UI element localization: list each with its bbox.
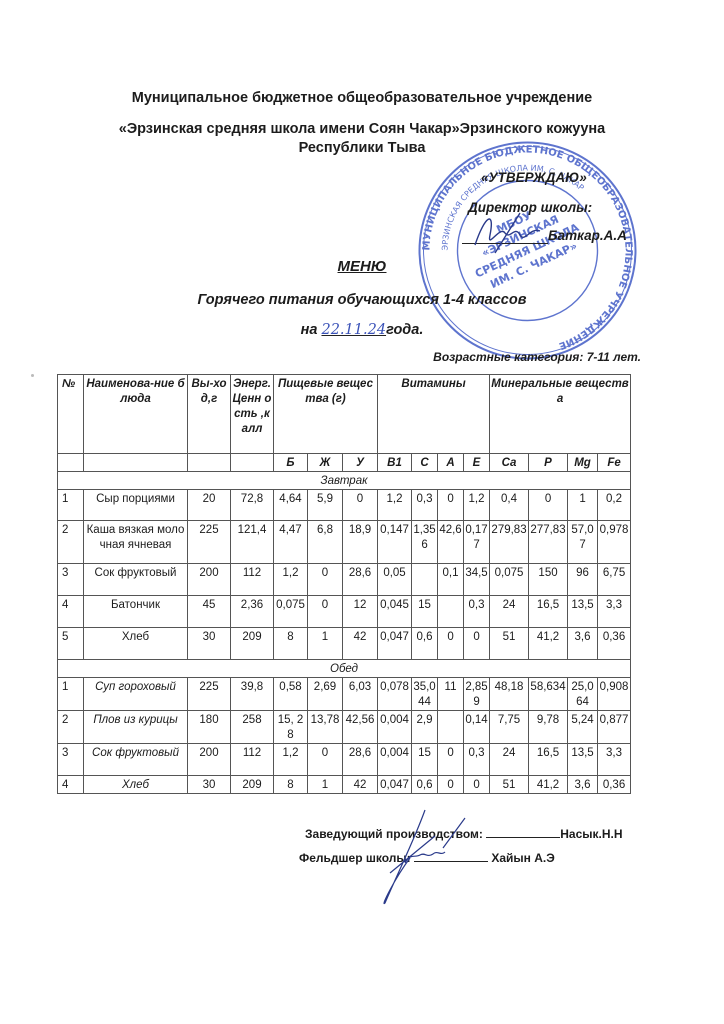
table-row: 5Хлеб3020981420,0470,6005141,23,60,36 [58,628,631,660]
cell-c: 2,9 [412,711,438,744]
cell-yield: 20 [188,490,231,521]
cell-c: 15 [412,744,438,776]
sub-ca: Ca [490,454,529,472]
cell-u: 42 [343,776,378,794]
sub-mg: Mg [568,454,598,472]
col-energy: Энерг. Ценн ость ,калл [231,375,274,454]
table-header-row: № Наименова-ние блюда Вы-ход,г Энерг. Це… [58,375,631,454]
table-row: 2Каша вязкая молочная ячневая225121,44,4… [58,521,631,564]
table-row: 3Сок фруктовый2001121,2028,60,050,134,50… [58,564,631,596]
date-value: 22.11.24 [321,322,386,338]
cell-yield: 180 [188,711,231,744]
age-category: Возрастные категория: 7-11 лет. [433,350,641,364]
cell-a: 0 [438,628,464,660]
cell-c [412,564,438,596]
cell-ca: 51 [490,628,529,660]
medic-name: Хайын А.Э [491,851,554,865]
table-row: 4Хлеб3020981420,0470,6005141,23,60,36 [58,776,631,794]
cell-a: 11 [438,678,464,711]
cell-energy: 121,4 [231,521,274,564]
cell-b: 1,2 [274,564,308,596]
section-breakfast: Завтрак1Сыр порциями2072,84,645,901,20,3… [58,472,631,660]
col-nutrients: Пищевые вещества (г) [274,375,378,454]
cell-energy: 209 [231,776,274,794]
cell-b1: 0,004 [378,744,412,776]
cell-a: 0,1 [438,564,464,596]
cell-e: 1,2 [464,490,490,521]
cell-dish-name: Хлеб [84,628,188,660]
institution-line-2: «Эрзинская средняя школа имени Соян Чака… [0,121,724,137]
col-yield: Вы-ход,г [188,375,231,454]
col-name: Наименова-ние блюда [84,375,188,454]
table-row: 1Суп гороховый22539,80,582,696,030,07835… [58,678,631,711]
cell-fe: 0,978 [598,521,631,564]
menu-subtitle: Горячего питания обучающихся 1-4 классов [0,292,724,308]
cell-zh: 5,9 [308,490,343,521]
cell-yield: 200 [188,744,231,776]
cell-b1: 0,05 [378,564,412,596]
cell-energy: 39,8 [231,678,274,711]
cell-energy: 72,8 [231,490,274,521]
cell-b: 8 [274,628,308,660]
cell-ca: 7,75 [490,711,529,744]
sub-zh: Ж [308,454,343,472]
cell-zh: 6,8 [308,521,343,564]
cell-c: 0,6 [412,776,438,794]
cell-b1: 0,147 [378,521,412,564]
cell-u: 0 [343,490,378,521]
table-subheader-row: Б Ж У В1 С А Е Ca P Mg Fe [58,454,631,472]
cell-e: 34,5 [464,564,490,596]
sub-a: А [438,454,464,472]
approval-position: Директор школы: [468,200,592,215]
cell-p: 16,5 [529,596,568,628]
cell-zh: 2,69 [308,678,343,711]
sub-fe: Fe [598,454,631,472]
cell-dish-name: Сыр порциями [84,490,188,521]
date-prefix: на [301,322,322,338]
cell-mg: 57,07 [568,521,598,564]
cell-p: 150 [529,564,568,596]
cell-zh: 13,78 [308,711,343,744]
cell-e: 2,859 [464,678,490,711]
cell-p: 58,634 [529,678,568,711]
production-manager-line: Заведующий производством: Насык.Н.Н [305,826,623,841]
cell-e: 0,177 [464,521,490,564]
cell-u: 28,6 [343,564,378,596]
cell-energy: 258 [231,711,274,744]
cell-no: 5 [58,628,84,660]
cell-zh: 1 [308,776,343,794]
cell-p: 41,2 [529,628,568,660]
cell-fe: 3,3 [598,596,631,628]
cell-a: 0 [438,776,464,794]
cell-yield: 30 [188,776,231,794]
cell-fe: 0,2 [598,490,631,521]
cell-b1: 0,047 [378,776,412,794]
cell-e: 0,3 [464,744,490,776]
section-lunch: Обед1Суп гороховый22539,80,582,696,030,0… [58,660,631,794]
cell-zh: 0 [308,564,343,596]
scan-speck [31,374,34,377]
cell-p: 9,78 [529,711,568,744]
cell-b1: 0,078 [378,678,412,711]
cell-no: 2 [58,521,84,564]
cell-fe: 0,36 [598,628,631,660]
cell-dish-name: Суп гороховый [84,678,188,711]
institution-line-3: Республики Тыва [0,140,724,156]
cell-a: 42,6 [438,521,464,564]
sub-e: Е [464,454,490,472]
cell-mg: 5,24 [568,711,598,744]
cell-no: 4 [58,776,84,794]
cell-b1: 0,045 [378,596,412,628]
cell-a [438,711,464,744]
cell-p: 41,2 [529,776,568,794]
approval-label: «УТВЕРЖДАЮ» [481,170,587,185]
cell-no: 2 [58,711,84,744]
cell-e: 0,14 [464,711,490,744]
medic-signature-line [414,850,488,862]
director-signature-line [462,243,548,244]
menu-table: № Наименова-ние блюда Вы-ход,г Энерг. Це… [57,374,631,794]
medic-label: Фельдшер школы: [299,851,411,865]
cell-zh: 1 [308,628,343,660]
table-row: 4Батончик452,360,0750120,045150,32416,51… [58,596,631,628]
cell-dish-name: Каша вязкая молочная ячневая [84,521,188,564]
cell-b: 0,58 [274,678,308,711]
cell-mg: 3,6 [568,628,598,660]
cell-a: 0 [438,744,464,776]
cell-dish-name: Сок фруктовый [84,564,188,596]
cell-e: 0 [464,628,490,660]
menu-date-line: на 22.11.24года. [0,322,724,338]
institution-line-1: Муниципальное бюджетное общеобразователь… [0,90,724,106]
cell-dish-name: Батончик [84,596,188,628]
cell-dish-name: Сок фруктовый [84,744,188,776]
cell-ca: 0,075 [490,564,529,596]
menu-title: МЕНЮ [0,258,724,275]
table-row: 3Сок фруктовый2001121,2028,60,0041500,32… [58,744,631,776]
cell-mg: 13,5 [568,596,598,628]
cell-dish-name: Плов из курицы [84,711,188,744]
cell-no: 1 [58,678,84,711]
cell-yield: 200 [188,564,231,596]
cell-yield: 225 [188,521,231,564]
cell-energy: 209 [231,628,274,660]
cell-p: 0 [529,490,568,521]
section-title: Завтрак [58,472,631,490]
date-suffix: года. [386,322,423,338]
cell-ca: 48,18 [490,678,529,711]
sub-b1: В1 [378,454,412,472]
cell-ca: 51 [490,776,529,794]
cell-u: 42 [343,628,378,660]
cell-mg: 3,6 [568,776,598,794]
cell-ca: 279,83 [490,521,529,564]
cell-dish-name: Хлеб [84,776,188,794]
cell-yield: 225 [188,678,231,711]
col-minerals: Минеральные вещества [490,375,631,454]
col-vitamins: Витамины [378,375,490,454]
sub-u: У [343,454,378,472]
cell-u: 42,56 [343,711,378,744]
medic-line: Фельдшер школы: Хайын А.Э [299,850,555,865]
sub-c: С [412,454,438,472]
cell-energy: 112 [231,744,274,776]
section-header-row: Завтрак [58,472,631,490]
section-header-row: Обед [58,660,631,678]
cell-e: 0 [464,776,490,794]
cell-b: 0,075 [274,596,308,628]
cell-fe: 3,3 [598,744,631,776]
sub-b: Б [274,454,308,472]
cell-mg: 25,064 [568,678,598,711]
cell-no: 1 [58,490,84,521]
cell-a [438,596,464,628]
cell-b: 4,64 [274,490,308,521]
cell-no: 3 [58,564,84,596]
cell-energy: 112 [231,564,274,596]
cell-yield: 45 [188,596,231,628]
cell-b: 1,2 [274,744,308,776]
cell-zh: 0 [308,744,343,776]
cell-fe: 0,877 [598,711,631,744]
cell-p: 277,83 [529,521,568,564]
cell-b1: 1,2 [378,490,412,521]
cell-mg: 1 [568,490,598,521]
cell-c: 1,356 [412,521,438,564]
cell-a: 0 [438,490,464,521]
approval-name: Баткар.А.А [548,228,627,243]
cell-mg: 96 [568,564,598,596]
cell-e: 0,3 [464,596,490,628]
cell-ca: 0,4 [490,490,529,521]
cell-c: 0,6 [412,628,438,660]
cell-mg: 13,5 [568,744,598,776]
section-title: Обед [58,660,631,678]
cell-no: 4 [58,596,84,628]
cell-zh: 0 [308,596,343,628]
cell-no: 3 [58,744,84,776]
cell-b1: 0,004 [378,711,412,744]
cell-c: 15 [412,596,438,628]
cell-u: 28,6 [343,744,378,776]
cell-p: 16,5 [529,744,568,776]
cell-ca: 24 [490,596,529,628]
menu-title-text: МЕНЮ [338,258,387,275]
production-name: Насык.Н.Н [560,827,622,841]
table-row: 1Сыр порциями2072,84,645,901,20,301,20,4… [58,490,631,521]
production-label: Заведующий производством: [305,827,483,841]
cell-ca: 24 [490,744,529,776]
cell-fe: 6,75 [598,564,631,596]
production-signature-line [486,826,560,838]
cell-b1: 0,047 [378,628,412,660]
cell-c: 0,3 [412,490,438,521]
sub-p: P [529,454,568,472]
col-no: № [58,375,84,454]
cell-u: 18,9 [343,521,378,564]
cell-energy: 2,36 [231,596,274,628]
cell-u: 12 [343,596,378,628]
cell-b: 8 [274,776,308,794]
cell-fe: 0,908 [598,678,631,711]
table-row: 2Плов из курицы18025815, 2813,7842,560,0… [58,711,631,744]
cell-u: 6,03 [343,678,378,711]
cell-b: 4,47 [274,521,308,564]
cell-c: 35,044 [412,678,438,711]
cell-b: 15, 28 [274,711,308,744]
cell-fe: 0,36 [598,776,631,794]
cell-yield: 30 [188,628,231,660]
